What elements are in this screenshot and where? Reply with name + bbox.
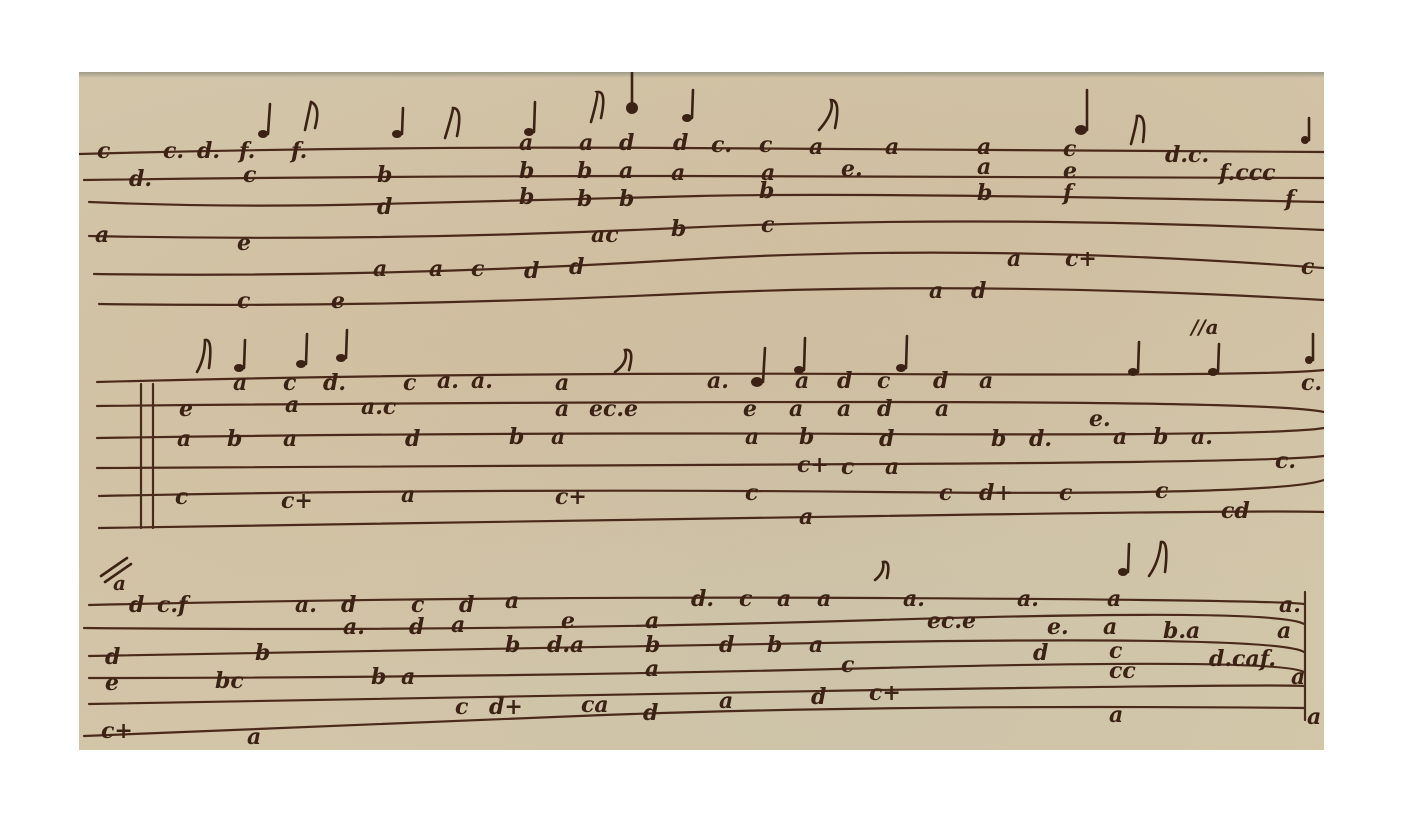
svg-text:c: c (841, 652, 855, 678)
svg-text:b: b (619, 186, 634, 212)
svg-text:d.: d. (323, 370, 346, 396)
svg-text:c: c (1155, 478, 1169, 504)
svg-text:d.: d. (197, 138, 220, 164)
svg-text:b: b (505, 632, 520, 658)
svg-text:cd: cd (1221, 498, 1250, 524)
svg-text:a: a (285, 392, 299, 418)
svg-text:a.: a. (437, 368, 459, 394)
svg-text:c: c (745, 480, 759, 506)
svg-text:ec.e: ec.e (589, 396, 638, 422)
svg-text:e.: e. (1047, 614, 1069, 640)
svg-text:a: a (1109, 702, 1123, 728)
system-3-rhythm (875, 542, 1166, 580)
svg-text:a: a (885, 134, 899, 160)
svg-text:e: e (743, 396, 757, 422)
svg-text:a: a (789, 396, 803, 422)
svg-text:d: d (811, 684, 826, 710)
svg-text:a: a (837, 396, 851, 422)
svg-text:c+: c+ (797, 452, 829, 478)
svg-text:d: d (405, 426, 420, 452)
svg-text:a.c: a.c (361, 394, 397, 420)
svg-text:b: b (977, 180, 992, 206)
svg-text:e: e (179, 396, 193, 422)
svg-text:b.a: b.a (1163, 618, 1200, 644)
svg-text:b: b (255, 640, 270, 666)
svg-text:c: c (243, 162, 257, 188)
svg-text:f.ccc: f.ccc (1217, 160, 1276, 186)
svg-text:a.: a. (707, 368, 729, 394)
svg-text:d: d (569, 254, 584, 280)
svg-text:c.: c. (163, 138, 184, 164)
svg-text:d+: d+ (979, 480, 1013, 506)
svg-text:a: a (1007, 246, 1021, 272)
svg-text:c: c (175, 484, 189, 510)
svg-text:d: d (409, 614, 424, 640)
svg-text:a: a (799, 504, 813, 530)
svg-text:d: d (933, 368, 948, 394)
svg-text:a: a (719, 688, 733, 714)
svg-text:d: d (377, 194, 392, 220)
svg-text:a: a (247, 724, 261, 750)
svg-text:d: d (1033, 640, 1048, 666)
svg-text:f.: f. (237, 138, 255, 164)
svg-text:a.: a. (1017, 586, 1039, 612)
svg-text:c: c (237, 288, 251, 314)
svg-text:d: d (643, 700, 658, 726)
svg-text:c: c (739, 586, 753, 612)
svg-text:a: a (401, 664, 415, 690)
svg-text:a: a (579, 130, 593, 156)
svg-text:d.: d. (691, 586, 714, 612)
svg-text:a: a (401, 482, 415, 508)
svg-text:a.: a. (1279, 592, 1301, 618)
svg-text:a: a (177, 426, 191, 452)
svg-text:a: a (429, 256, 443, 282)
svg-text:f: f (1283, 186, 1298, 212)
svg-text:c+: c+ (101, 718, 133, 744)
svg-text:a: a (1107, 586, 1121, 612)
svg-text:d: d (105, 644, 120, 670)
svg-text:c: c (761, 212, 775, 238)
svg-text:a: a (451, 612, 465, 638)
system-2-rhythm (197, 330, 1313, 387)
svg-text:a: a (809, 632, 823, 658)
svg-text:b: b (371, 664, 386, 690)
svg-text:ac: ac (591, 222, 619, 248)
svg-text:b: b (377, 162, 392, 188)
svg-text:a: a (977, 154, 991, 180)
svg-text:a.: a. (471, 368, 493, 394)
svg-text:d.: d. (1029, 426, 1052, 452)
svg-text:b: b (509, 424, 524, 450)
svg-text:c: c (455, 694, 469, 720)
svg-text:d: d (673, 130, 688, 156)
svg-text:a: a (935, 396, 949, 422)
system-3-letters: a d c.f a. d c d a d. c a a a. a. a a. a… (101, 558, 1321, 750)
svg-text:d.caf.: d.caf. (1209, 646, 1276, 672)
svg-text:c+: c+ (555, 484, 587, 510)
svg-text:a: a (885, 454, 899, 480)
svg-text:e.: e. (841, 156, 863, 182)
tablature-ink: c c. d. f. f. d. c b d a e a a c d d c e… (79, 72, 1324, 750)
svg-text:a: a (619, 158, 633, 184)
svg-text:e: e (331, 288, 345, 314)
svg-text:c+: c+ (869, 680, 901, 706)
svg-text:b: b (991, 426, 1006, 452)
system-1-letters: c c. d. f. f. d. c b d a e a a c d d c e… (95, 130, 1315, 314)
svg-text:bc: bc (215, 668, 244, 694)
svg-text:d: d (619, 130, 634, 156)
svg-text:b: b (1153, 424, 1168, 450)
svg-text:a.: a. (903, 586, 925, 612)
svg-text:c: c (471, 256, 485, 282)
svg-text:b: b (577, 158, 592, 184)
svg-text:a: a (555, 370, 569, 396)
svg-text:c: c (939, 480, 953, 506)
svg-text:a: a (1277, 618, 1291, 644)
svg-text:d: d (129, 592, 144, 618)
svg-text:c.: c. (711, 132, 732, 158)
svg-text:a: a (809, 134, 823, 160)
svg-text:c: c (877, 368, 891, 394)
svg-text:cc: cc (1109, 658, 1136, 684)
system-1-rhythm (258, 72, 1309, 144)
svg-text:b: b (519, 158, 534, 184)
svg-text:c+: c+ (1065, 246, 1097, 272)
svg-text:a: a (745, 424, 759, 450)
system-1-staff (79, 148, 1324, 305)
svg-text:c: c (759, 132, 773, 158)
svg-text:d: d (837, 368, 852, 394)
svg-text:d.c.: d.c. (1165, 142, 1209, 168)
svg-text:d: d (524, 258, 539, 284)
svg-text:c: c (1059, 480, 1073, 506)
svg-text:b: b (671, 216, 686, 242)
svg-text:b: b (799, 424, 814, 450)
svg-text:a: a (817, 586, 831, 612)
manuscript-page: c c. d. f. f. d. c b d a e a a c d d c e… (79, 72, 1324, 750)
svg-text:a: a (95, 222, 109, 248)
svg-text:a: a (979, 368, 993, 394)
svg-text:d.: d. (129, 166, 152, 192)
svg-text:d: d (879, 426, 894, 452)
svg-text:d+: d+ (489, 694, 523, 720)
svg-text:a: a (1307, 704, 1321, 730)
svg-text:c: c (841, 454, 855, 480)
svg-text:a: a (645, 656, 659, 682)
svg-text:a: a (233, 370, 247, 396)
svg-text:c: c (97, 138, 111, 164)
svg-text:ec.e: ec.e (927, 608, 976, 634)
svg-text:ca: ca (581, 692, 609, 718)
svg-text:f.: f. (289, 138, 307, 164)
svg-text:d.a: d.a (547, 632, 584, 658)
svg-text:b: b (759, 178, 774, 204)
svg-text:a: a (551, 424, 565, 450)
svg-text:c.: c. (1275, 448, 1296, 474)
svg-text:e.: e. (1089, 406, 1111, 432)
svg-text:a.: a. (295, 592, 317, 618)
svg-text:d: d (719, 632, 734, 658)
svg-text:c: c (403, 370, 417, 396)
svg-text:b: b (767, 632, 782, 658)
svg-text:e: e (561, 608, 575, 634)
svg-text:c: c (1301, 254, 1315, 280)
svg-text:a: a (1291, 664, 1305, 690)
svg-text:b: b (227, 426, 242, 452)
svg-text:a.: a. (1191, 424, 1213, 450)
svg-text:b: b (519, 184, 534, 210)
svg-text:c.: c. (1301, 370, 1322, 396)
svg-text:a: a (645, 608, 659, 634)
svg-text:a.: a. (343, 614, 365, 640)
svg-text:b: b (577, 186, 592, 212)
svg-text:a: a (283, 426, 297, 452)
svg-text:b: b (645, 632, 660, 658)
svg-text:a: a (777, 586, 791, 612)
svg-text:e: e (237, 230, 251, 256)
svg-text:d: d (877, 396, 892, 422)
svg-text:a: a (373, 256, 387, 282)
svg-text:a: a (505, 588, 519, 614)
svg-text:c+: c+ (281, 488, 313, 514)
svg-text:e: e (105, 670, 119, 696)
svg-text://a: //a (1189, 315, 1219, 339)
svg-text:a: a (671, 160, 685, 186)
svg-text:c.f: c.f (157, 592, 191, 618)
svg-text:a: a (555, 396, 569, 422)
svg-text:a: a (1113, 424, 1127, 450)
svg-text:a: a (929, 278, 943, 304)
svg-text:d: d (971, 278, 986, 304)
svg-text:a: a (1103, 614, 1117, 640)
